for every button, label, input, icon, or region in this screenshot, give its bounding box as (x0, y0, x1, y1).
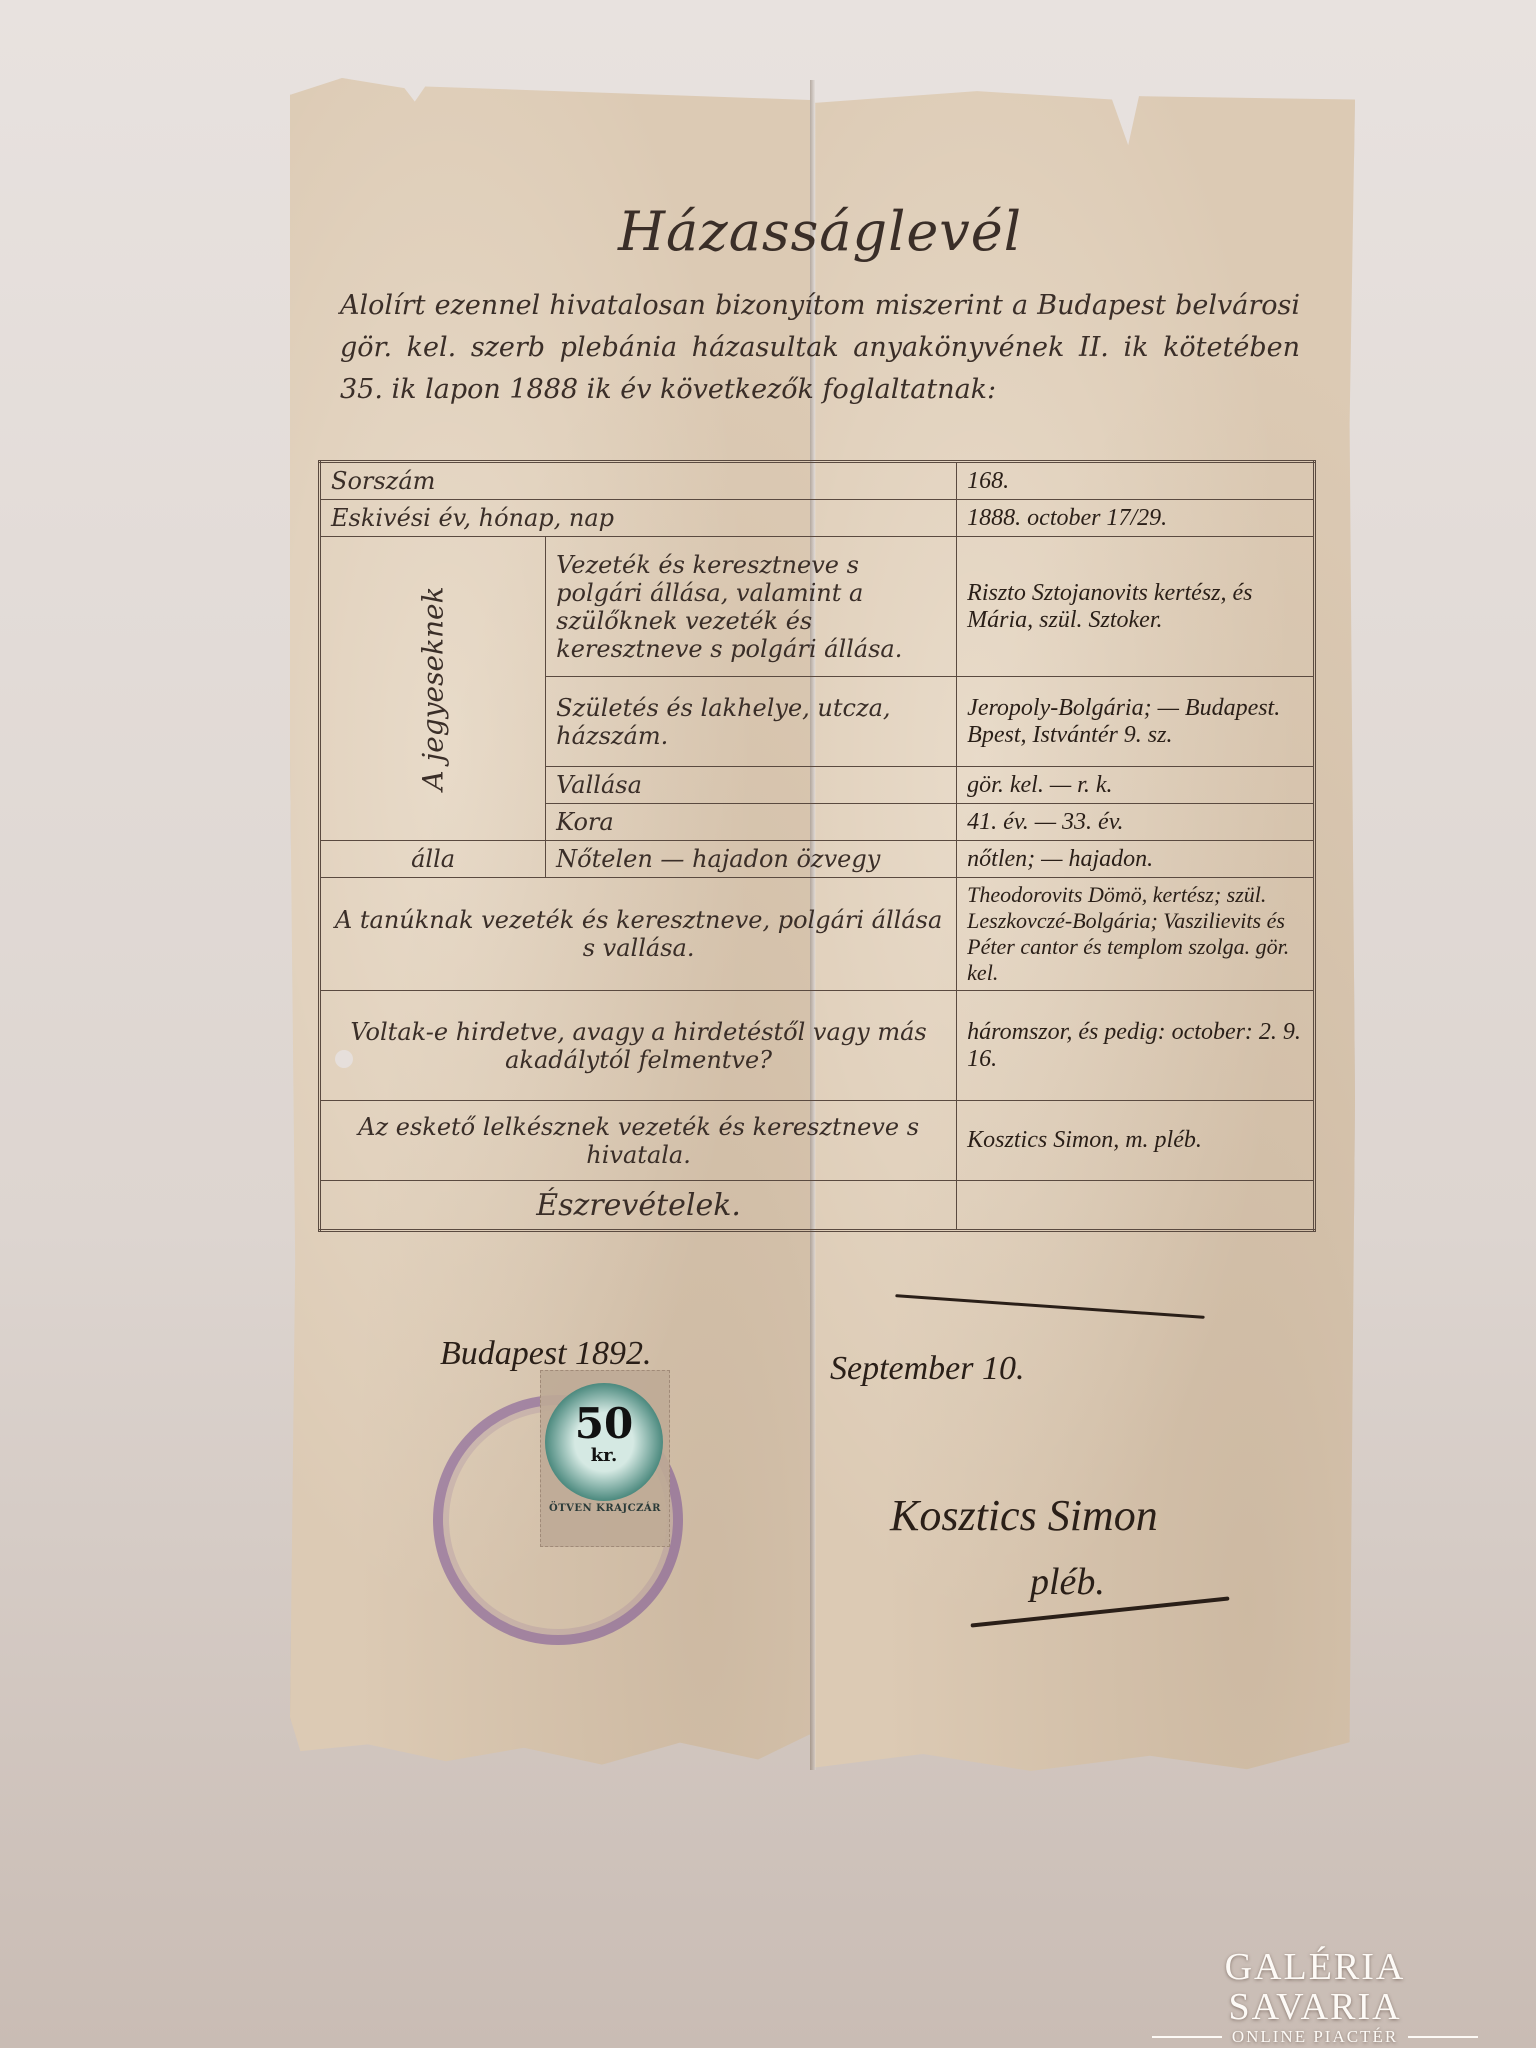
row-value: Kosztics Simon, m. pléb. (957, 1101, 1315, 1181)
register-table: Sorszám 168. Eskivési év, hónap, nap 188… (318, 460, 1316, 1232)
priest-title: pléb. (1030, 1560, 1105, 1604)
issue-date: September 10. (830, 1350, 1025, 1388)
row-label: Eskivési év, hónap, nap (320, 500, 957, 537)
issue-place-year: Budapest 1892. (440, 1335, 652, 1373)
row-label: Vallása (546, 767, 957, 804)
row-label: A tanúknak vezeték és keresztneve, polgá… (320, 878, 957, 991)
side-label: A jegyeseknek (417, 586, 450, 790)
row-value: 168. (957, 462, 1315, 500)
revenue-stamp-value: 50 (545, 1403, 663, 1445)
side-label-cell: A jegyeseknek (320, 537, 546, 841)
table-row: Észrevételek. (320, 1181, 1315, 1231)
document-intro: Alolírt ezennel hivatalosan bizonyítom m… (340, 285, 1300, 411)
table-row: Voltak-e hirdetve, avagy a hirdetéstől v… (320, 991, 1315, 1101)
row-value: háromszor, és pedig: october: 2. 9. 16. (957, 991, 1315, 1101)
row-label: Észrevételek. (320, 1181, 957, 1231)
table-row: álla Nőtelen — hajadon özvegy nőtlen; — … (320, 841, 1315, 878)
revenue-stamp-caption: ÖTVEN KRAJCZÁR (543, 1503, 667, 1514)
table-row: Eskivési év, hónap, nap 1888. october 17… (320, 500, 1315, 537)
table-row: Sorszám 168. (320, 462, 1315, 500)
row-label: Vezeték és keresztneve s polgári állása,… (546, 537, 957, 677)
row-value: Theodorovits Dömö, kertész; szül. Leszko… (957, 878, 1315, 991)
table-row: Az eskető lelkésznek vezeték és keresztn… (320, 1101, 1315, 1181)
row-label: Nőtelen — hajadon özvegy (546, 841, 957, 878)
table-row: A jegyeseknek Vezeték és keresztneve s p… (320, 537, 1315, 677)
revenue-stamp: 50 kr. ÖTVEN KRAJCZÁR (540, 1370, 670, 1547)
row-value: nőtlen; — hajadon. (957, 841, 1315, 878)
table-row: A tanúknak vezeték és keresztneve, polgá… (320, 878, 1315, 991)
row-label: Voltak-e hirdetve, avagy a hirdetéstől v… (320, 991, 957, 1101)
row-label: Születés és lakhelye, utcza, házszám. (546, 677, 957, 767)
row-value: Jeropoly-Bolgária; — Budapest. Bpest, Is… (957, 677, 1315, 767)
row-value (957, 1181, 1315, 1231)
row-label: Sorszám (320, 462, 957, 500)
revenue-stamp-unit: kr. (545, 1445, 663, 1466)
watermark-main: GALÉRIA SAVARIA (1145, 1947, 1485, 2027)
document-title: Házasságlevél (610, 200, 1030, 263)
side-label-status: álla (320, 841, 546, 878)
row-value: 41. év. — 33. év. (957, 804, 1315, 841)
row-value: gör. kel. — r. k. (957, 767, 1315, 804)
row-label: Kora (546, 804, 957, 841)
row-value: 1888. october 17/29. (957, 500, 1315, 537)
revenue-stamp-emblem-icon: 50 kr. (545, 1383, 663, 1501)
row-value: Riszto Sztojanovits kertész, és Mária, s… (957, 537, 1315, 677)
watermark-sub: ONLINE PIACTÉR (1145, 2027, 1485, 2047)
watermark-logo: GALÉRIA SAVARIA ONLINE PIACTÉR (1145, 1947, 1485, 2047)
punch-hole (335, 1050, 353, 1068)
row-label: Az eskető lelkésznek vezeték és keresztn… (320, 1101, 957, 1181)
priest-signature: Kosztics Simon (890, 1490, 1158, 1541)
